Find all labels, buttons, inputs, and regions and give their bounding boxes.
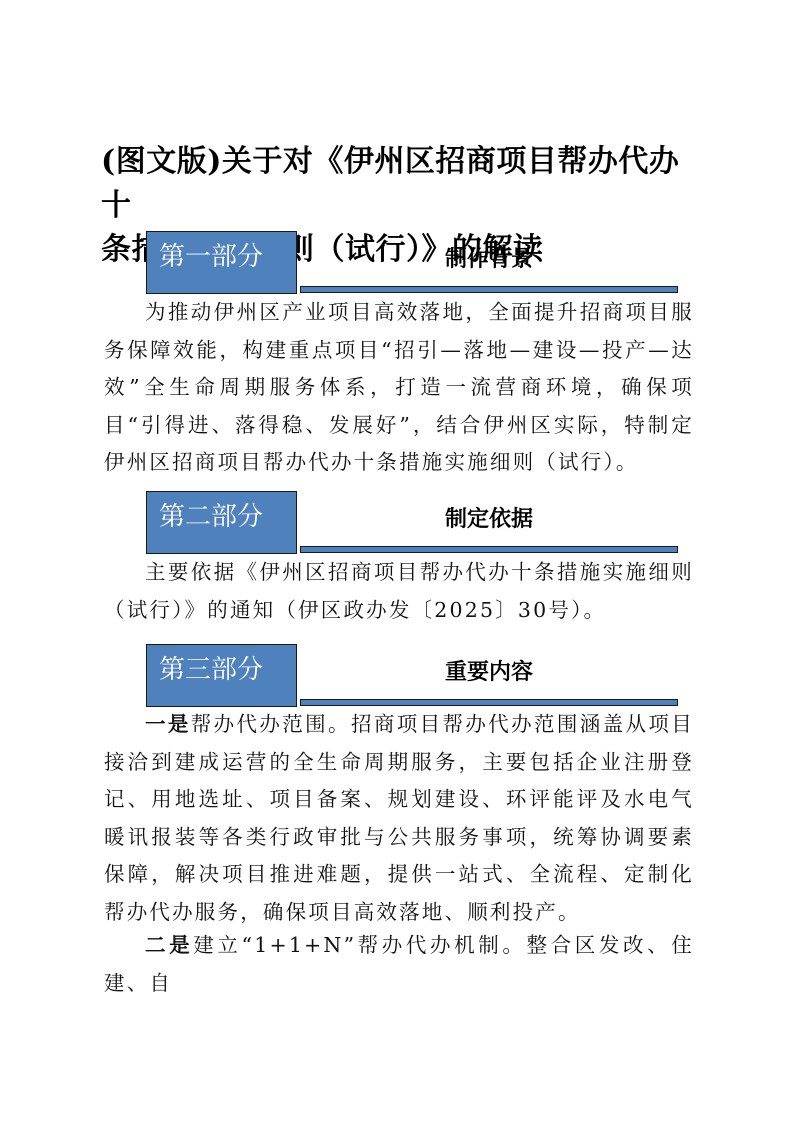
section-badge: 第二部分 — [146, 491, 297, 554]
section-header-1: 第一部分 制作背景 — [146, 231, 680, 295]
section-badge: 第一部分 — [146, 231, 297, 294]
paragraph-lead: 二是 — [145, 933, 193, 957]
paragraph-basis: 主要依据《伊州区招商项目帮办代办十条措施实施细则（试行）》的通知（伊区政办发〔2… — [104, 554, 694, 629]
paragraph-text: 为推动伊州区产业项目高效落地，全面提升招商项目服务保障效能，构建重点项目“招引—… — [104, 300, 694, 474]
section-heading: 制作背景 — [300, 241, 678, 277]
section-underline-bar — [300, 286, 678, 293]
paragraph-text: 帮办代办范围。招商项目帮办代办范围涵盖从项目接洽到建成运营的全生命周期服务，主要… — [104, 712, 694, 924]
paragraph-content-2: 二是建立“1+1+N”帮办代办机制。整合区发改、住建、自 — [104, 927, 694, 1002]
section-header-2: 第二部分 制定依据 — [146, 491, 680, 555]
paragraph-content-1: 一是帮办代办范围。招商项目帮办代办范围涵盖从项目接洽到建成运营的全生命周期服务，… — [104, 706, 694, 931]
section-header-3: 第三部分 重要内容 — [146, 644, 680, 708]
section-heading: 制定依据 — [300, 501, 678, 537]
paragraph-background: 为推动伊州区产业项目高效落地，全面提升招商项目服务保障效能，构建重点项目“招引—… — [104, 294, 694, 482]
paragraph-lead: 一是 — [145, 712, 191, 736]
title-line-1: (图文版)关于对《伊州区招商项目帮办代办十 — [101, 140, 701, 228]
paragraph-text: 建立“1+1+N”帮办代办机制。整合区发改、住建、自 — [104, 933, 694, 995]
section-badge: 第三部分 — [146, 644, 297, 707]
section-heading: 重要内容 — [300, 654, 678, 690]
section-underline-bar — [300, 546, 678, 553]
paragraph-text: 主要依据《伊州区招商项目帮办代办十条措施实施细则（试行）》的通知（伊区政办发〔2… — [104, 560, 694, 622]
section-underline-bar — [300, 699, 678, 706]
